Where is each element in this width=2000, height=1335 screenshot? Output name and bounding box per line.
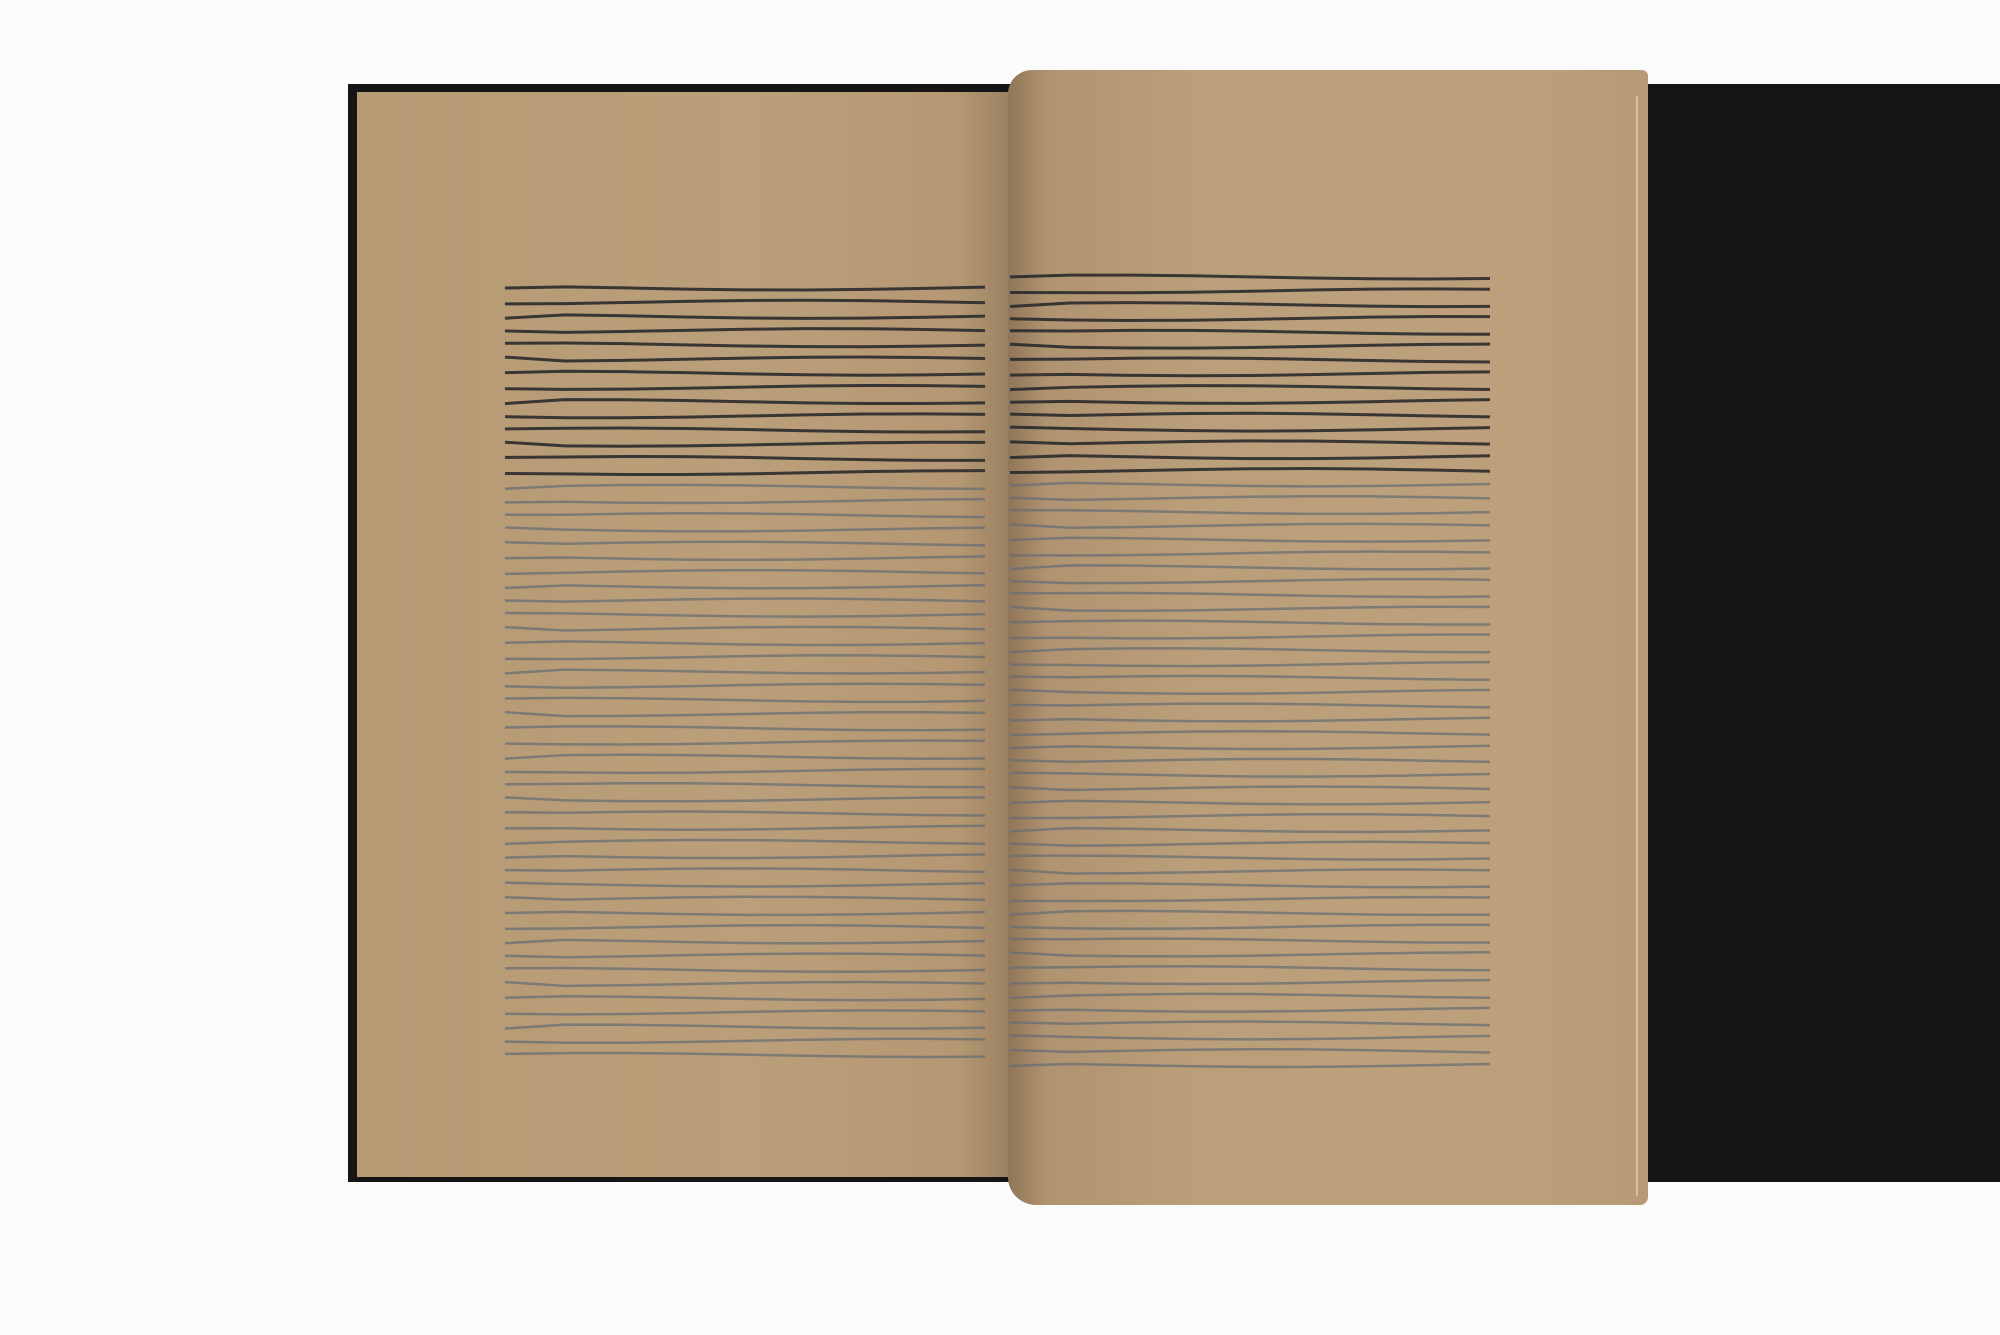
drawn-lines — [0, 0, 2000, 1335]
